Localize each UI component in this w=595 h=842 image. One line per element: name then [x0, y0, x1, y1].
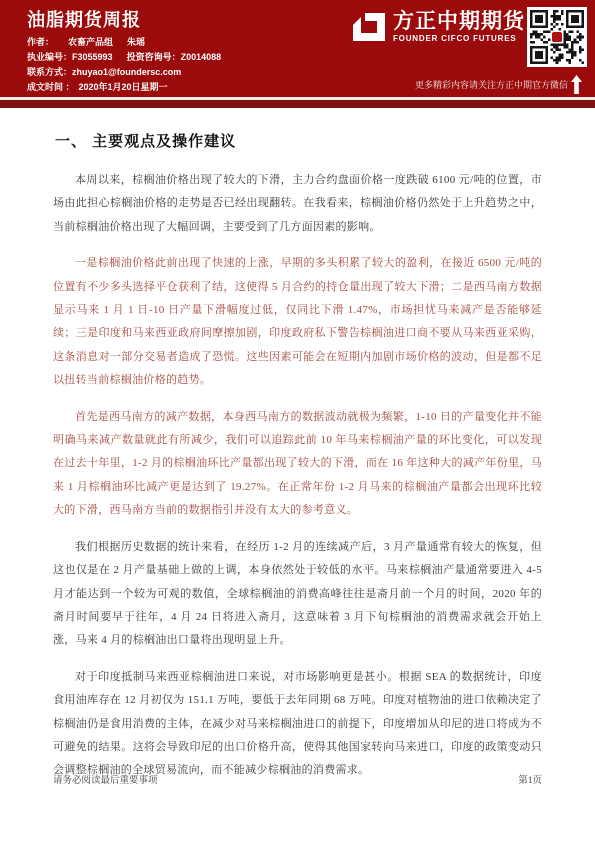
contact-email: zhuyao1@foundersc.com	[72, 67, 181, 77]
wechat-note-text: 更多精彩内容请关注方正中期官方微信	[415, 78, 568, 91]
up-arrow-icon	[571, 75, 582, 94]
founder-logo-icon	[352, 12, 386, 46]
meta-contact: 联系方式：zhuyao1@foundersc.com	[27, 65, 221, 80]
report-body: 一、 主要观点及操作建议 本周以来，棕榈油价格出现了较大的下滑，主力合约盘面价格…	[0, 108, 595, 783]
footer-disclaimer: 请务必阅读最后重要事项	[53, 772, 158, 786]
paragraph-4: 我们根据历史数据的统计来看，在经历 1-2 月的连续减产后，3 月产量通常有较大…	[53, 536, 542, 653]
brand-name-en: FOUNDER CIFCO FUTURES	[393, 34, 525, 43]
brand-logo: 方正中期期货 FOUNDER CIFCO FUTURES	[352, 10, 525, 46]
report-header: 油脂期货周报 作者：农畜产品组朱瑶 执业编号：F3055993投资咨询号：Z00…	[0, 0, 595, 97]
section-heading: 一、 主要观点及操作建议	[55, 130, 542, 151]
advisory-label: 投资咨询号：	[127, 52, 181, 62]
contact-label: 联系方式：	[27, 67, 72, 77]
brand-name-cn: 方正中期期货	[393, 10, 525, 33]
report-page: 油脂期货周报 作者：农畜产品组朱瑶 执业编号：F3055993投资咨询号：Z00…	[0, 0, 595, 842]
author-name: 朱瑶	[127, 37, 145, 47]
footer-page-number: 第1页	[518, 772, 542, 786]
author-label: 作者：	[27, 37, 54, 47]
meta-date: 成文时间 ：2020年1月20日星期一	[27, 80, 221, 95]
wechat-note: 更多精彩内容请关注方正中期官方微信	[415, 75, 582, 94]
paragraph-3: 首先是西马南方的减产数据，本身西马南方的数据波动就极为频繁，1-10 日的产量变…	[53, 406, 542, 523]
license-number: F3055993	[72, 52, 113, 62]
author-group: 农畜产品组	[68, 37, 113, 47]
report-meta: 作者：农畜产品组朱瑶 执业编号：F3055993投资咨询号：Z0014088 联…	[27, 35, 221, 95]
paragraph-1: 本周以来，棕榈油价格出现了较大的下滑，主力合约盘面价格一度跌破 6100 元/吨…	[53, 169, 542, 239]
qr-code	[527, 7, 587, 67]
date-label: 成文时间 ：	[27, 82, 75, 92]
advisory-number: Z0014088	[181, 52, 222, 62]
paragraph-2: 一是棕榈油价格此前出现了快速的上涨，早期的多头积累了较大的盈利，在接近 6500…	[53, 252, 542, 392]
meta-license: 执业编号：F3055993投资咨询号：Z0014088	[27, 50, 221, 65]
paragraph-5: 对于印度抵制马来西亚棕榈油进口来说，对市场影响更是甚小。根据 SEA 的数据统计…	[53, 666, 542, 783]
divider-bar	[0, 100, 595, 108]
meta-author: 作者：农畜产品组朱瑶	[27, 35, 221, 50]
report-title: 油脂期货周报	[27, 6, 141, 32]
brand-text: 方正中期期货 FOUNDER CIFCO FUTURES	[393, 10, 525, 43]
license-label: 执业编号：	[27, 52, 72, 62]
page-footer: 请务必阅读最后重要事项 第1页	[53, 772, 542, 786]
date-value: 2020年1月20日星期一	[79, 82, 168, 92]
